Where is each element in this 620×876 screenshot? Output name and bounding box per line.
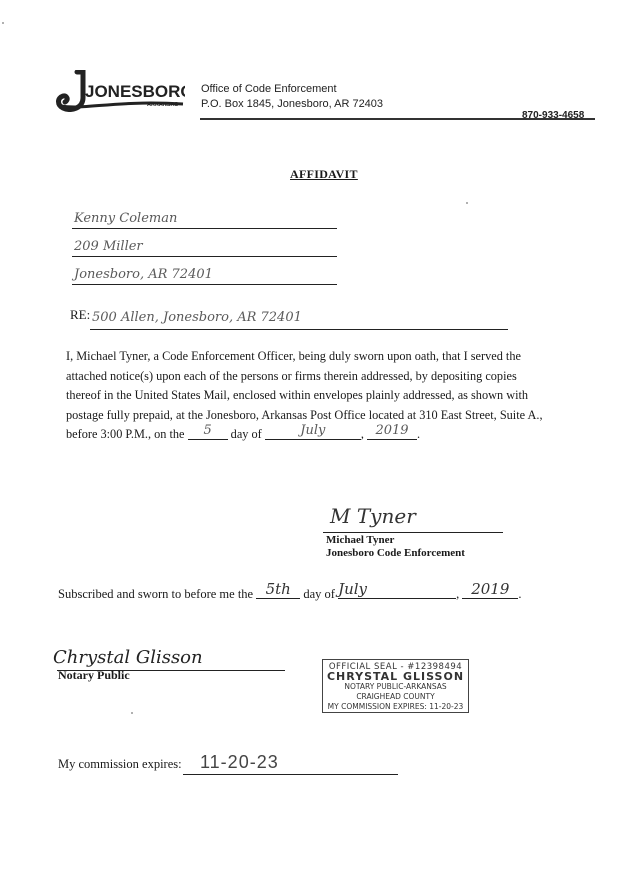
jonesboro-logo: JONESBORO ARKANSAS: [55, 70, 185, 112]
officer-org: Jonesboro Code Enforcement: [326, 547, 465, 560]
notary-signature: Chrystal Glisson: [53, 647, 203, 668]
service-day-field: 5: [188, 425, 228, 440]
subscribed-day-field: 5th: [256, 584, 300, 599]
seal-line-5: MY COMMISSION EXPIRES: 11-20-23: [323, 702, 468, 712]
subscribed-month-field: July: [338, 584, 456, 599]
subscribed-year: 2019: [471, 580, 509, 598]
commission-label: My commission expires:: [58, 757, 182, 772]
recipient-name: Kenny Coleman: [74, 211, 177, 226]
document-title: AFFIDAVIT: [290, 167, 358, 182]
body-line-date: before 3:00 P.M., on the 5 day of July, …: [66, 425, 596, 445]
commission-value: 11-20-23: [200, 752, 279, 773]
office-block: Office of Code Enforcement P.O. Box 1845…: [201, 82, 383, 112]
subscribed-year-field: 2019: [462, 584, 518, 599]
recipient-name-field: Kenny Coleman: [72, 228, 337, 229]
svg-text:JONESBORO: JONESBORO: [85, 82, 185, 101]
scan-speck: [2, 22, 4, 24]
notary-seal: OFFICIAL SEAL - #12398494 CHRYSTAL GLISS…: [322, 659, 469, 713]
body-line: I, Michael Tyner, a Code Enforcement Off…: [66, 347, 596, 367]
subscribed-month: July: [338, 580, 367, 598]
subscribed-day: 5th: [266, 580, 291, 598]
body-line: postage fully prepaid, at the Jonesboro,…: [66, 406, 596, 426]
recipient-street: 209 Miller: [74, 239, 143, 254]
affidavit-body: I, Michael Tyner, a Code Enforcement Off…: [66, 347, 596, 445]
re-field: 500 Allen, Jonesboro, AR 72401: [90, 329, 508, 330]
office-name: Office of Code Enforcement: [201, 82, 383, 97]
comma: ,: [361, 427, 364, 441]
subscribed-day-of: day of: [303, 587, 335, 601]
service-month-field: July: [265, 425, 361, 440]
service-month: July: [300, 423, 325, 438]
recipient-street-field: 209 Miller: [72, 256, 337, 257]
header-divider: [200, 118, 595, 120]
subscribed-line: Subscribed and sworn to before me the 5t…: [58, 584, 521, 602]
officer-signature-line: [323, 532, 503, 533]
service-day: 5: [203, 423, 211, 438]
jonesboro-logo-icon: JONESBORO ARKANSAS: [55, 70, 185, 112]
scan-speck: [131, 712, 133, 714]
service-year-field: 2019: [367, 425, 417, 440]
office-address: P.O. Box 1845, Jonesboro, AR 72403: [201, 97, 383, 112]
re-label: RE:: [70, 307, 90, 323]
seal-line-4: CRAIGHEAD COUNTY: [323, 692, 468, 702]
svg-text:ARKANSAS: ARKANSAS: [147, 102, 179, 108]
scan-speck: [466, 202, 468, 204]
period: .: [518, 587, 521, 601]
service-year: 2019: [375, 423, 408, 438]
body-line: thereof in the United States Mail, enclo…: [66, 386, 596, 406]
comma: ,: [456, 587, 459, 601]
seal-line-3: NOTARY PUBLIC-ARKANSAS: [323, 682, 468, 692]
officer-signature: M Tyner: [330, 504, 416, 528]
subscribed-prefix: Subscribed and sworn to before me the: [58, 587, 253, 601]
re-value: 500 Allen, Jonesboro, AR 72401: [92, 310, 302, 325]
body-line: attached notice(s) upon each of the pers…: [66, 367, 596, 387]
date-prefix: before 3:00 P.M., on the: [66, 427, 185, 441]
officer-name-block: Michael Tyner Jonesboro Code Enforcement: [326, 534, 465, 560]
period: .: [417, 427, 420, 441]
day-of-label: day of: [231, 427, 262, 441]
recipient-city: Jonesboro, AR 72401: [74, 267, 213, 282]
seal-line-2: CHRYSTAL GLISSON: [323, 672, 468, 682]
recipient-city-field: Jonesboro, AR 72401: [72, 284, 337, 285]
officer-name: Michael Tyner: [326, 534, 465, 547]
commission-line: [183, 774, 398, 775]
notary-label: Notary Public: [58, 668, 130, 683]
